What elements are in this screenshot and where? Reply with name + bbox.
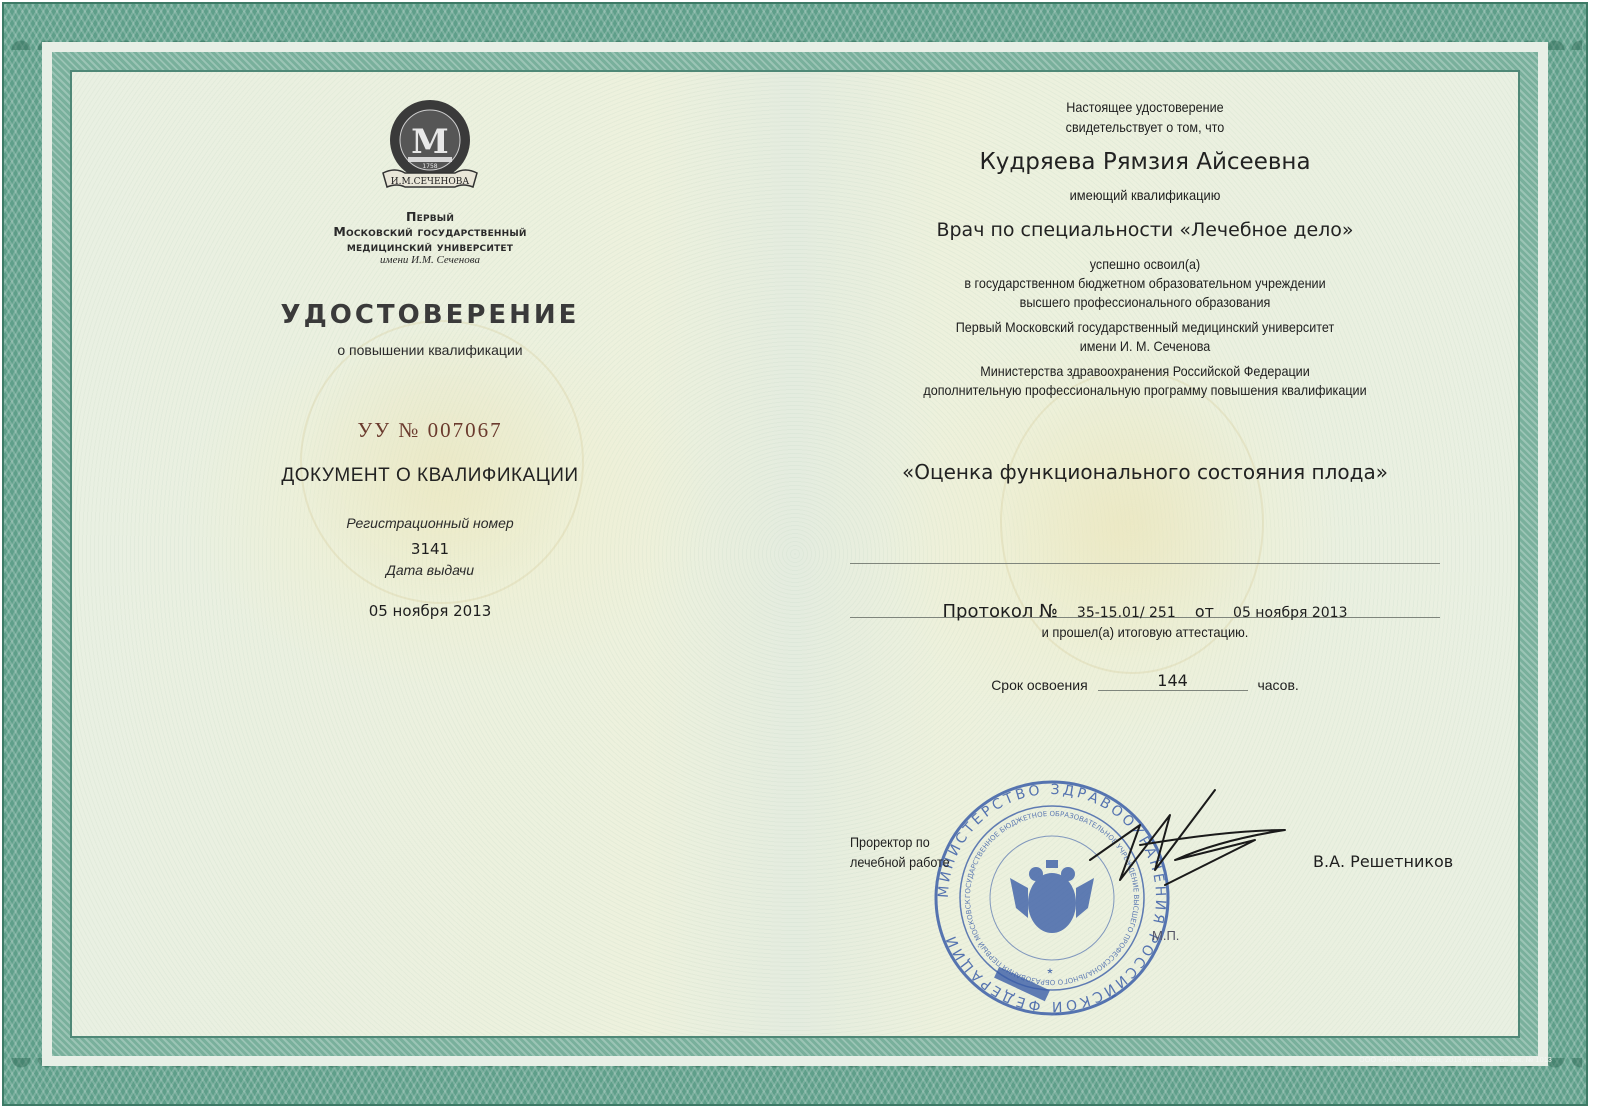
protocol-number: 35-15.01/ 251: [1077, 605, 1176, 621]
intro-line: Настоящее удостоверение: [880, 97, 1411, 117]
passed-attestation: и прошел(а) итоговую аттестацию.: [874, 624, 1417, 640]
university-name-line: Московский государственный: [230, 224, 630, 239]
serial-number: УУ № 007067: [230, 418, 630, 443]
blank-rule: [850, 563, 1440, 564]
has-qualification-label: имеющий квалификацию: [874, 187, 1417, 203]
protocol-date: 05 ноября 2013: [1233, 605, 1347, 621]
registration-number: 3141: [230, 540, 630, 558]
svg-text:*: *: [1047, 965, 1053, 981]
protocol-label: Протокол №: [943, 601, 1058, 622]
university-name: Первый Московский государственный медици…: [230, 209, 630, 254]
svg-text:M: M: [411, 122, 449, 162]
signer-name: В.А. Решетников: [1313, 852, 1453, 871]
body-line: в государственном бюджетном образователь…: [880, 274, 1411, 293]
university-name-line: медицинский университет: [230, 239, 630, 254]
certificate-title: УДОСТОВЕРЕНИЕ: [230, 300, 630, 330]
holder-name: Кудряева Рямзия Айсеевна: [850, 149, 1440, 175]
duration-label: Срок освоения: [991, 677, 1087, 693]
body-line: успешно освоил(а): [880, 255, 1411, 274]
signer-title: Проректор по лечебной работе: [850, 832, 950, 872]
duration-hours: 144: [1098, 671, 1248, 691]
right-page: Настоящее удостоверение свидетельствует …: [850, 97, 1440, 717]
body-line: Министерства здравоохранения Российской …: [880, 362, 1411, 381]
certificate-subtitle: о повышении квалификации: [230, 342, 630, 358]
registration-label: Регистрационный номер: [230, 515, 630, 531]
program-title: «Оценка функционального состояния плода»: [850, 460, 1440, 484]
institution-text: успешно освоил(а) в государственном бюдж…: [880, 255, 1411, 400]
body-line: дополнительную профессиональную программ…: [880, 381, 1411, 400]
intro-line: свидетельствует о том, что: [880, 117, 1411, 137]
qualification: Врач по специальности «Лечебное дело»: [850, 219, 1440, 241]
signature: [1080, 785, 1310, 905]
document-kind: ДОКУМЕНТ О КВАЛИФИКАЦИИ: [230, 465, 630, 487]
signer-title-line: лечебной работе: [850, 852, 950, 872]
university-name-line: Первый: [230, 209, 630, 224]
printer-imprint: ООО «ЗНАК», г. Москва, 2013, уровень «Б»…: [1359, 1057, 1552, 1064]
svg-text:1758: 1758: [422, 163, 437, 170]
body-line: высшего профессионального образования: [880, 293, 1411, 312]
intro-text: Настоящее удостоверение свидетельствует …: [880, 97, 1411, 137]
mgmu-emblem-icon: M 1758 И.М.СЕЧЕНОВА: [375, 95, 485, 205]
issue-date: 05 ноября 2013: [230, 602, 630, 620]
stamp-place-marker: М.П.: [1152, 928, 1179, 943]
body-line: Первый Московский государственный медици…: [880, 318, 1411, 337]
svg-text:И.М.СЕЧЕНОВА: И.М.СЕЧЕНОВА: [391, 177, 470, 187]
left-page: M 1758 И.М.СЕЧЕНОВА Первый Московский го…: [230, 95, 630, 620]
duration-unit: часов.: [1257, 677, 1298, 693]
duration-row: Срок освоения 144 часов.: [850, 675, 1440, 695]
protocol-from: от: [1195, 602, 1214, 621]
issue-date-label: Дата выдачи: [230, 562, 630, 578]
signer-title-line: Проректор по: [850, 832, 950, 852]
university-named-after: имени И.М. Сеченова: [230, 254, 630, 266]
protocol-row: Протокол № 35-15.01/ 251 от 05 ноября 20…: [850, 601, 1440, 622]
body-line: имени И. М. Сеченова: [880, 337, 1411, 356]
